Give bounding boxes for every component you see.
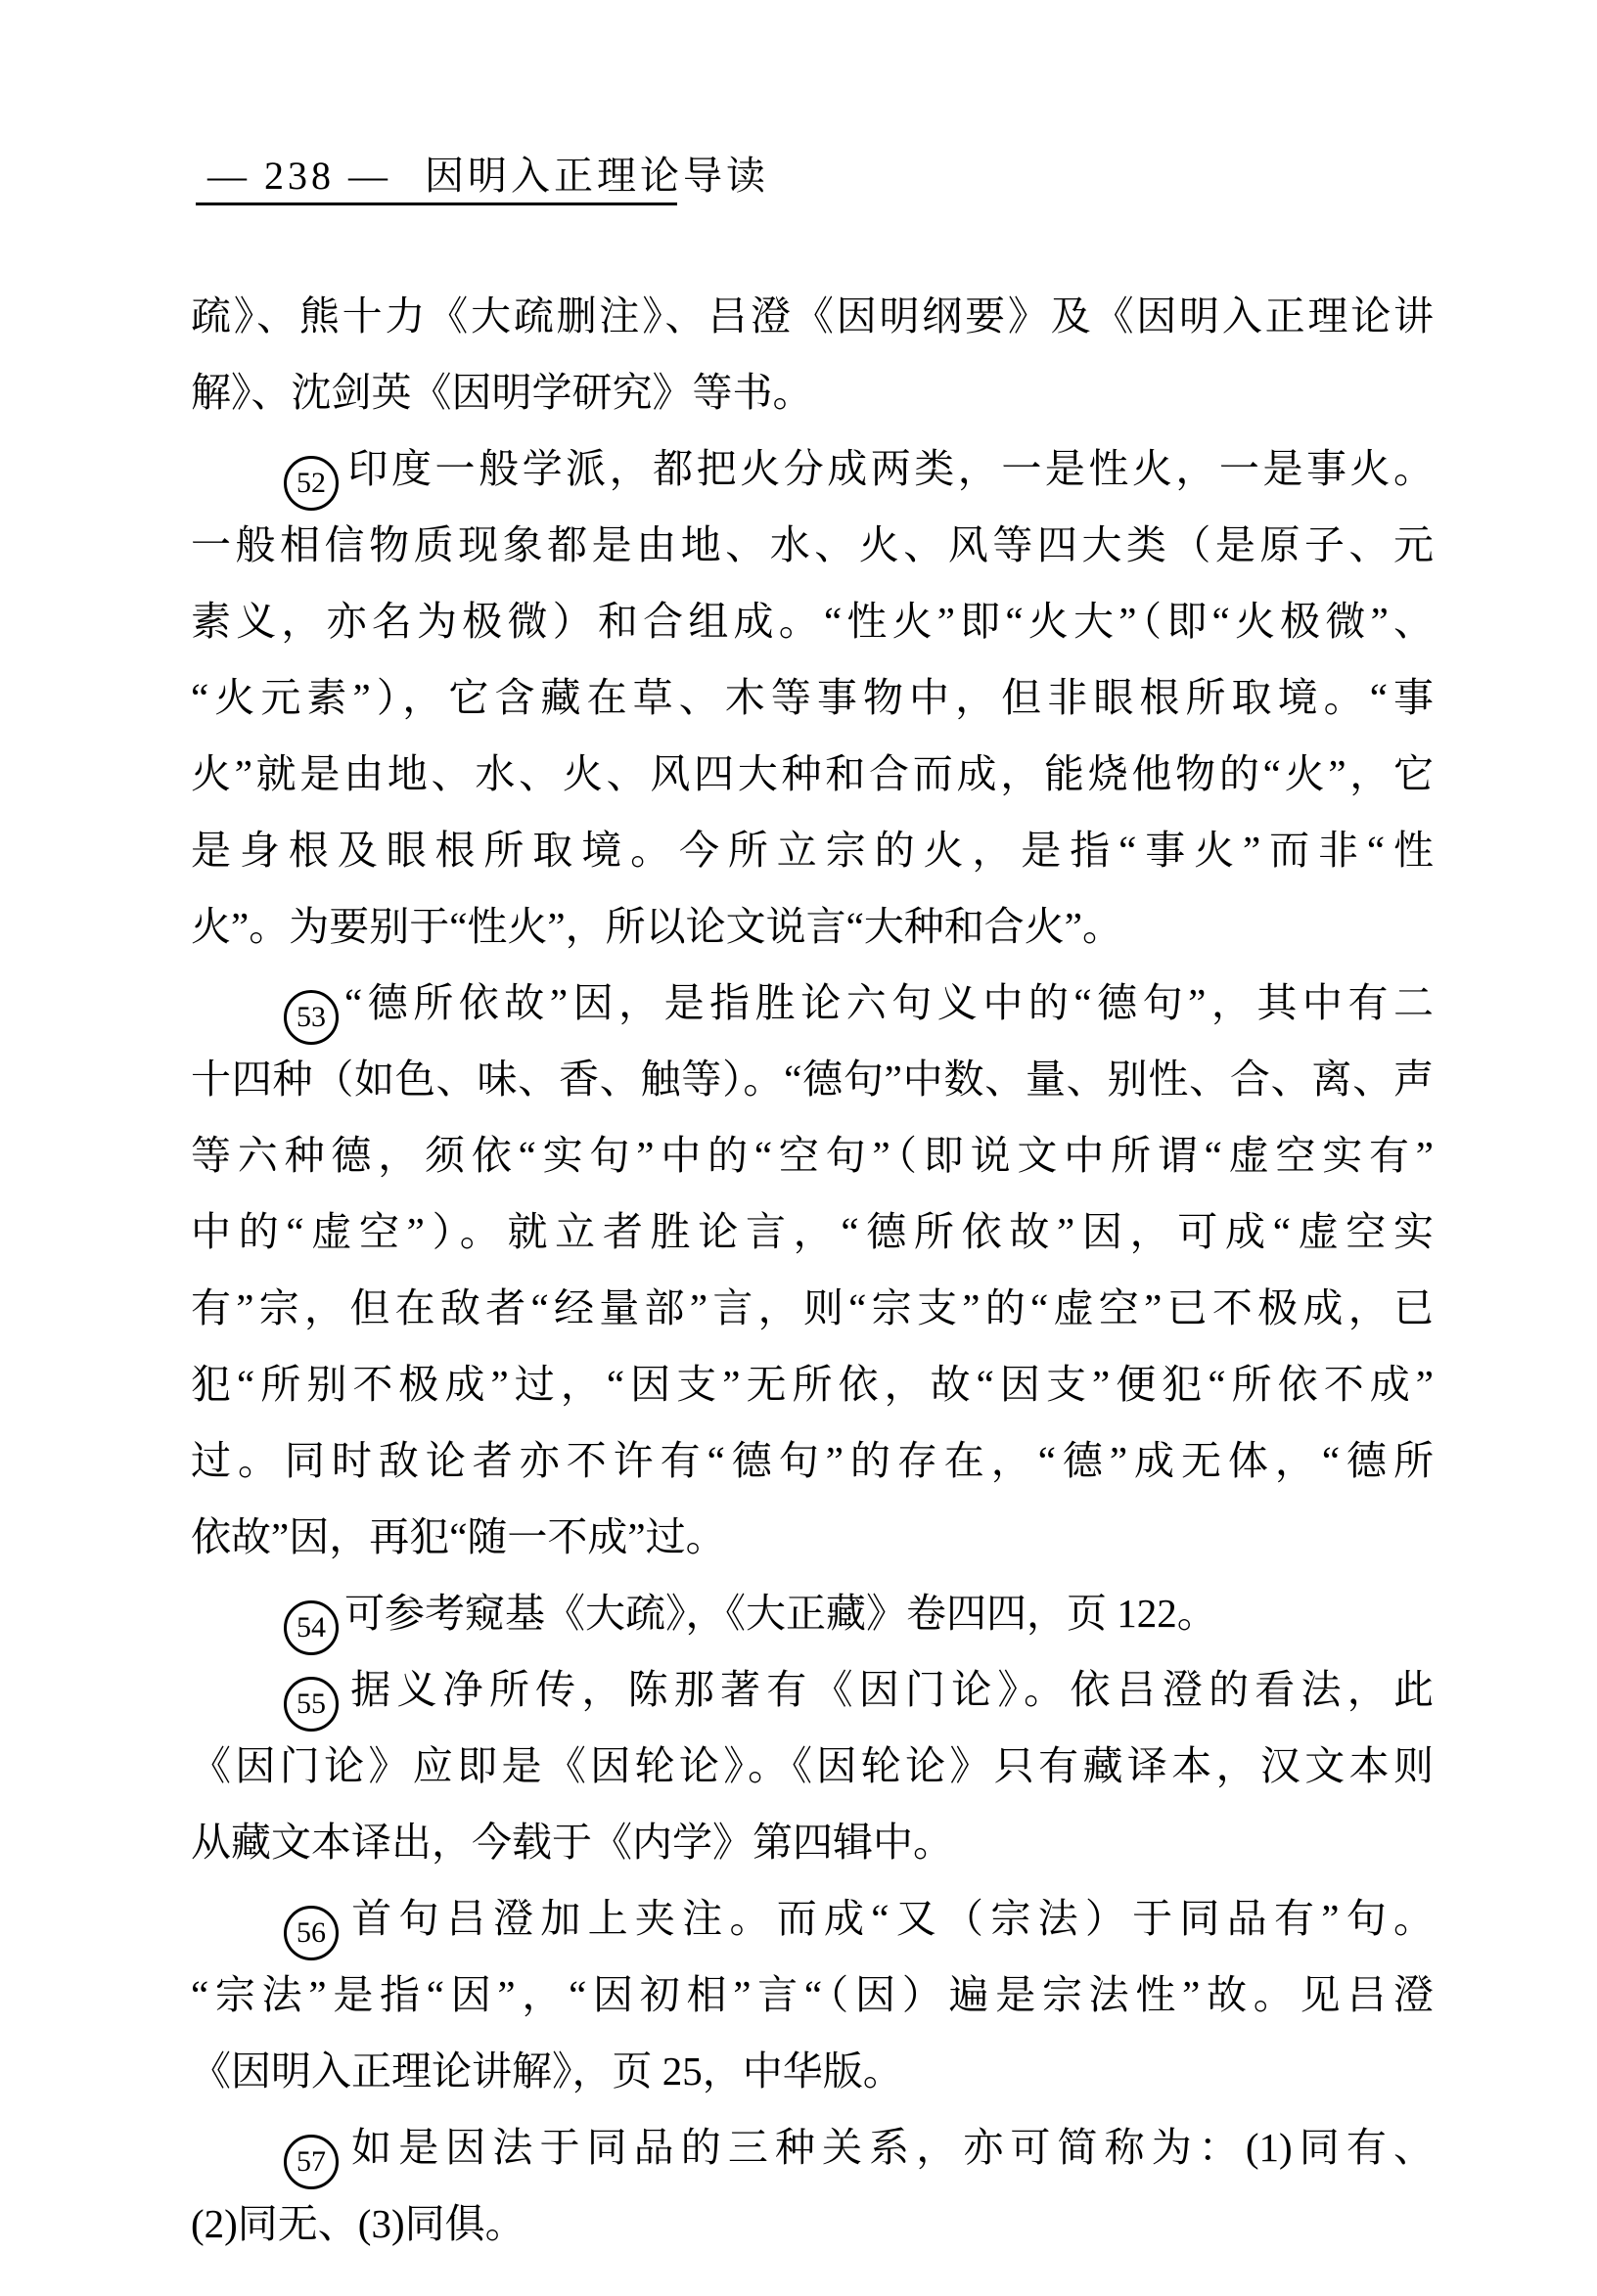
line-text: 过。同时敌论者亦不许有“德句”的存在，“德”成无体，“德所 <box>191 1438 1434 1483</box>
text-line: 《因门论》应即是《因轮论》。《因轮论》只有藏译本，汉文本则 <box>191 1728 1434 1804</box>
text-line: 十四种（如色、味、香、触等）。“德句”中数、量、别性、合、离、声 <box>191 1041 1434 1117</box>
text-line: “火元素”），它含藏在草、木等事物中，但非眼根所取境。“事 <box>191 659 1434 736</box>
line-text: 素义，亦名为极微）和合组成。“性火”即“火大”（即“火极微”、 <box>191 599 1434 644</box>
text-line: 火”。为要别于“性火”，所以论文说言“大种和合火”。 <box>191 888 1434 965</box>
text-line: 是身根及眼根所取境。今所立宗的火，是指“事火”而非“性 <box>191 812 1434 888</box>
line-text: 如是因法于同品的三种关系，亦可简称为：(1)同有、 <box>344 2125 1434 2170</box>
footnote-number-circle: 52 <box>284 456 339 511</box>
footnote-number-circle: 57 <box>284 2135 339 2189</box>
line-text: 疏》、熊十力《大疏删注》、吕澄《因明纲要》及《因明入正理论讲 <box>191 293 1434 338</box>
page-number: — 238 — <box>207 153 391 199</box>
text-line: 过。同时敌论者亦不许有“德句”的存在，“德”成无体，“德所 <box>191 1422 1434 1499</box>
line-text: 解》、沈剑英《因明学研究》等书。 <box>191 370 813 415</box>
page-header: — 238 — 因明入正理论导读 <box>207 145 769 201</box>
line-text: “宗法”是指“因”，“因初相”言“（因）遍是宗法性”故。见吕澄 <box>191 1972 1434 2017</box>
footnote-number-circle: 53 <box>284 990 339 1045</box>
line-text: 《因明入正理论讲解》，页 25，中华版。 <box>191 2048 903 2093</box>
note-first-line: 52印度一般学派，都把火分成两类，一是性火，一是事火。 <box>191 430 1434 507</box>
line-text: (2)同无、(3)同俱。 <box>191 2201 525 2246</box>
text-line: 犯“所别不极成”过，“因支”无所依，故“因支”便犯“所依不成” <box>191 1346 1434 1422</box>
text-line: 《因明入正理论讲解》，页 25，中华版。 <box>191 2033 1434 2109</box>
line-text: 《因门论》应即是《因轮论》。《因轮论》只有藏译本，汉文本则 <box>191 1743 1434 1788</box>
header-rule <box>196 203 677 205</box>
text-line: 一般相信物质现象都是由地、水、火、风等四大类（是原子、元 <box>191 507 1434 583</box>
footnote-number-circle: 55 <box>284 1677 339 1732</box>
text-line: 素义，亦名为极微）和合组成。“性火”即“火大”（即“火极微”、 <box>191 583 1434 659</box>
line-text: 中的“虚空”）。就立者胜论言，“德所依故”因，可成“虚空实 <box>191 1209 1434 1254</box>
text-line: 中的“虚空”）。就立者胜论言，“德所依故”因，可成“虚空实 <box>191 1193 1434 1270</box>
text-line: 从藏文本译出，今载于《内学》第四辑中。 <box>191 1804 1434 1880</box>
footnote-number-circle: 54 <box>284 1600 339 1655</box>
note-first-line: 57如是因法于同品的三种关系，亦可简称为：(1)同有、 <box>191 2109 1434 2185</box>
line-text: 十四种（如色、味、香、触等）。“德句”中数、量、别性、合、离、声 <box>191 1057 1434 1102</box>
line-text: 有”宗，但在敌者“经量部”言，则“宗支”的“虚空”已不极成，已 <box>191 1285 1434 1330</box>
note-first-line: 55据义净所传，陈那著有《因门论》。依吕澄的看法，此 <box>191 1651 1434 1728</box>
scanned-book-page: — 238 — 因明入正理论导读 疏》、熊十力《大疏删注》、吕澄《因明纲要》及《… <box>0 0 1597 2296</box>
line-text: 等六种德，须依“实句”中的“空句”（即说文中所谓“虚空实有” <box>191 1133 1434 1178</box>
note-first-line: 54可参考窥基《大疏》，《大正藏》卷四四，页 122。 <box>191 1575 1434 1651</box>
line-text: 首句吕澄加上夹注。而成“又（宗法）于同品有”句。 <box>344 1896 1434 1941</box>
note-first-line: 56首句吕澄加上夹注。而成“又（宗法）于同品有”句。 <box>191 1880 1434 1957</box>
text-line: 依故”因，再犯“随一不成”过。 <box>191 1499 1434 1575</box>
text-line: 解》、沈剑英《因明学研究》等书。 <box>191 354 1434 430</box>
line-text: 火”。为要别于“性火”，所以论文说言“大种和合火”。 <box>191 904 1122 949</box>
line-text: 依故”因，再犯“随一不成”过。 <box>191 1514 726 1559</box>
line-text: 是身根及眼根所取境。今所立宗的火，是指“事火”而非“性 <box>191 828 1434 873</box>
running-title: 因明入正理论导读 <box>425 145 769 201</box>
line-text: 犯“所别不极成”过，“因支”无所依，故“因支”便犯“所依不成” <box>191 1362 1434 1407</box>
text-line: (2)同无、(3)同俱。 <box>191 2185 1434 2262</box>
text-line: 火”就是由地、水、火、风四大种和合而成，能烧他物的“火”，它 <box>191 736 1434 812</box>
line-text: 从藏文本译出，今载于《内学》第四辑中。 <box>191 1820 953 1865</box>
line-text: 据义净所传，陈那著有《因门论》。依吕澄的看法，此 <box>344 1667 1434 1712</box>
endnotes-text-block: 疏》、熊十力《大疏删注》、吕澄《因明纲要》及《因明入正理论讲解》、沈剑英《因明学… <box>191 278 1434 2262</box>
text-line: 疏》、熊十力《大疏删注》、吕澄《因明纲要》及《因明入正理论讲 <box>191 278 1434 354</box>
line-text: 火”就是由地、水、火、风四大种和合而成，能烧他物的“火”，它 <box>191 751 1434 796</box>
line-text: 可参考窥基《大疏》，《大正藏》卷四四，页 122。 <box>344 1591 1217 1636</box>
text-line: 有”宗，但在敌者“经量部”言，则“宗支”的“虚空”已不极成，已 <box>191 1270 1434 1346</box>
line-text: “火元素”），它含藏在草、木等事物中，但非眼根所取境。“事 <box>191 675 1434 720</box>
text-line: 等六种德，须依“实句”中的“空句”（即说文中所谓“虚空实有” <box>191 1117 1434 1193</box>
line-text: 一般相信物质现象都是由地、水、火、风等四大类（是原子、元 <box>191 522 1434 567</box>
note-first-line: 53“德所依故”因，是指胜论六句义中的“德句”，其中有二 <box>191 965 1434 1041</box>
text-line: “宗法”是指“因”，“因初相”言“（因）遍是宗法性”故。见吕澄 <box>191 1957 1434 2033</box>
line-text: “德所依故”因，是指胜论六句义中的“德句”，其中有二 <box>344 980 1434 1025</box>
footnote-number-circle: 56 <box>284 1906 339 1960</box>
line-text: 印度一般学派，都把火分成两类，一是性火，一是事火。 <box>344 446 1434 491</box>
